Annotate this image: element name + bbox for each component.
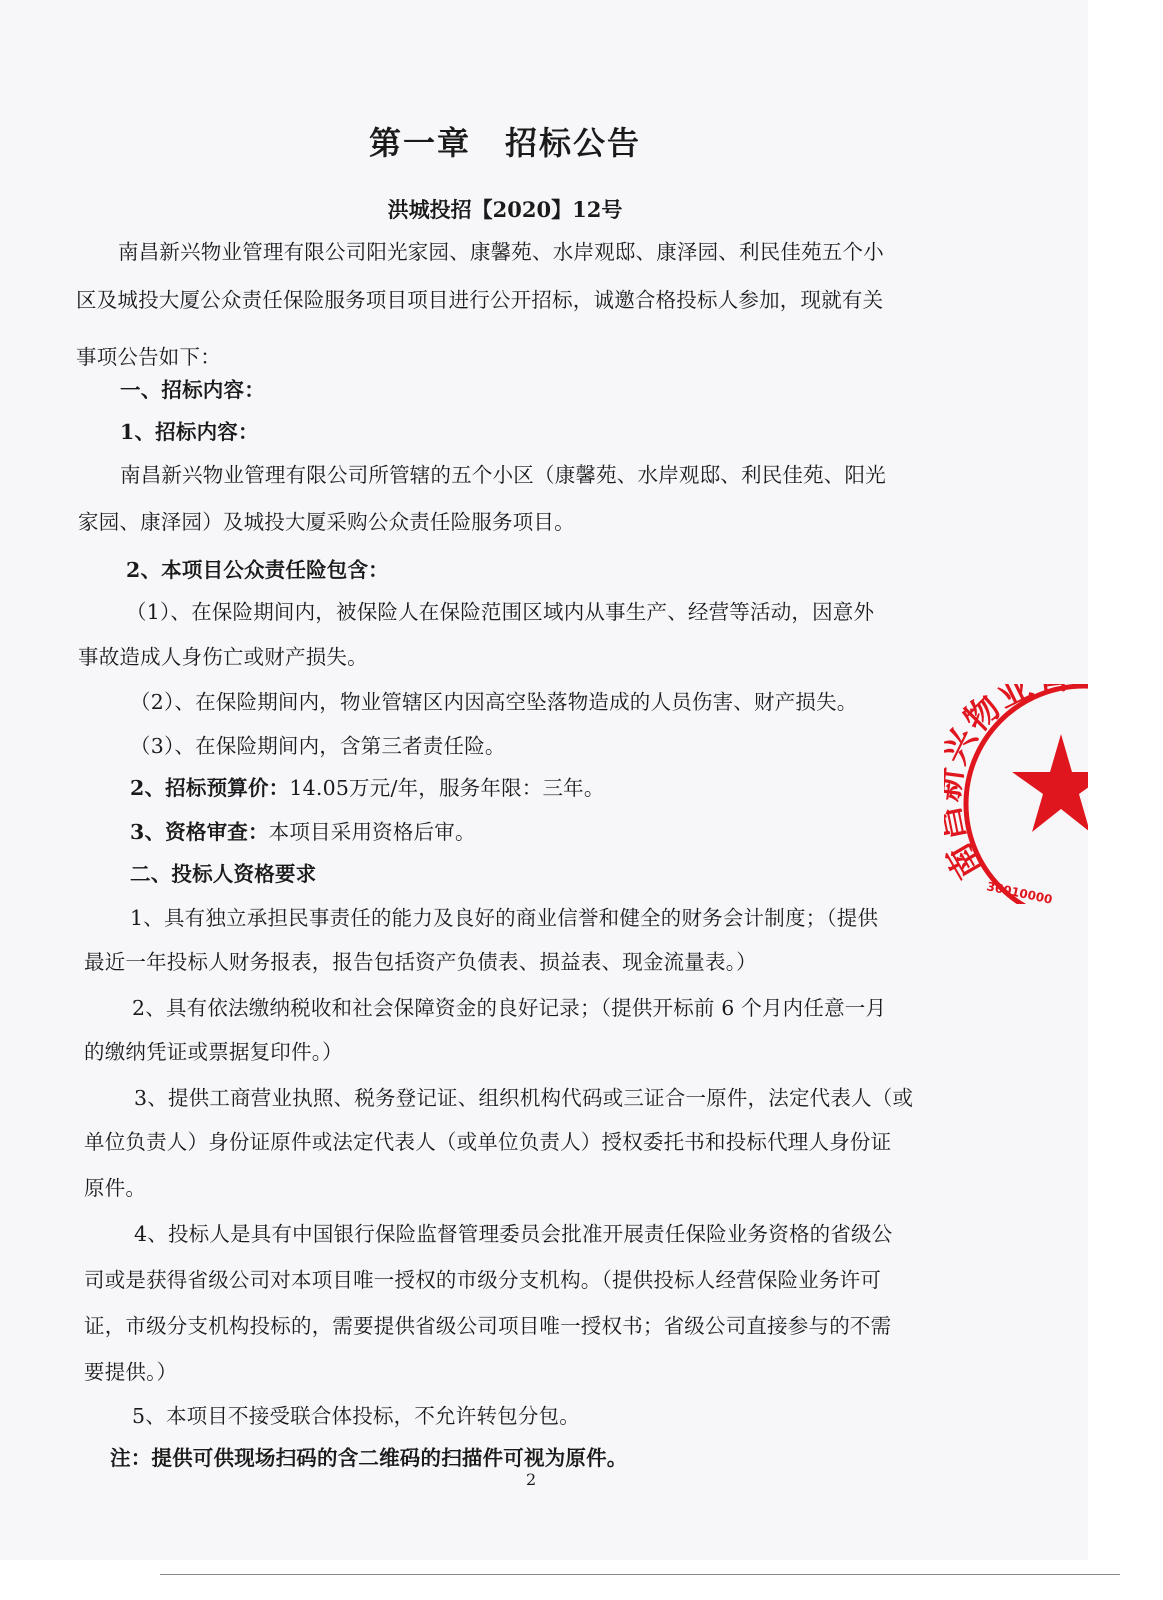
budget-line: 2、招标预算价：14.05万元/年，服务年限：三年。	[130, 776, 605, 800]
req-line-5: 3、提供工商营业执照、税务登记证、组织机构代码或三证合一原件，法定代表人（或	[134, 1086, 913, 1110]
req-line-8: 4、投标人是具有中国银行保险监督管理委员会批准开展责任保险业务资格的省级公	[134, 1222, 892, 1246]
item-2-heading: 2、本项目公众责任险包含：	[126, 558, 389, 582]
section-1-heading: 一、招标内容：	[120, 378, 265, 402]
coverage-line-4: （3）、在保险期间内，含第三者责任险。	[130, 734, 506, 758]
item-1-text-line-1: 南昌新兴物业管理有限公司所管辖的五个小区（康馨苑、水岸观邸、利民佳苑、阳光	[120, 463, 886, 487]
coverage-line-1: （1）、在保险期间内，被保险人在保险范围区域内从事生产、经营等活动，因意外	[126, 600, 874, 624]
req-line-4: 的缴纳凭证或票据复印件。）	[84, 1040, 343, 1064]
scanned-page: 第一章 招标公告 洪城投招【2020】12号 南昌新兴物业管理有限公司阳光家园、…	[0, 0, 1088, 1560]
budget-label: 2、招标预算价：	[130, 776, 289, 800]
document-number: 洪城投招【2020】12号	[0, 194, 1010, 224]
req-line-7: 原件。	[84, 1176, 146, 1200]
review-line: 3、资格审查：本项目采用资格后审。	[130, 820, 476, 844]
page-number: 2	[526, 1470, 536, 1489]
intro-line-1: 南昌新兴物业管理有限公司阳光家园、康馨苑、水岸观邸、康泽园、利民佳苑五个小	[118, 240, 884, 264]
req-line-10: 证，市级分支机构投标的，需要提供省级公司项目唯一授权书；省级公司直接参与的不需	[84, 1314, 891, 1338]
coverage-line-2: 事故造成人身伤亡或财产损失。	[78, 645, 368, 669]
section-2-heading: 二、投标人资格要求	[130, 862, 316, 886]
coverage-line-3: （2）、在保险期间内，物业管辖区内因高空坠落物造成的人员伤害、财产损失。	[130, 690, 858, 714]
star-icon	[1012, 734, 1088, 832]
req-line-9: 司或是获得省级公司对本项目唯一授权的市级分支机构。（提供投标人经营保险业务许可	[84, 1268, 881, 1292]
page-title: 第一章 招标公告	[0, 118, 1010, 164]
req-line-2: 最近一年投标人财务报表，报告包括资产负债表、损益表、现金流量表。）	[84, 950, 757, 974]
req-line-1: 1、具有独立承担民事责任的能力及良好的商业信誉和健全的财务会计制度；（提供	[130, 906, 878, 930]
req-line-11: 要提供。）	[84, 1360, 177, 1384]
budget-value: 14.05万元/年，服务年限：三年。	[289, 776, 604, 800]
page-edge	[160, 1574, 1120, 1575]
item-1-heading: 1、招标内容：	[120, 420, 259, 444]
intro-line-2: 区及城投大厦公众责任保险服务项目项目进行公开招标，诚邀合格投标人参加，现就有关	[76, 288, 883, 312]
note-line: 注：提供可供现场扫码的含二维码的扫描件可视为原件。	[110, 1446, 628, 1470]
intro-line-3: 事项公告如下：	[76, 345, 221, 369]
item-1-text-line-2: 家园、康泽园）及城投大厦采购公众责任险服务项目。	[78, 510, 575, 534]
req-line-12: 5、本项目不接受联合体投标，不允许转包分包。	[132, 1404, 580, 1428]
req-line-6: 单位负责人）身份证原件或法定代表人（或单位负责人）授权委托书和投标代理人身份证	[84, 1130, 891, 1154]
review-value: 本项目采用资格后审。	[269, 820, 476, 844]
company-seal: 南昌新兴物业管 36010000	[944, 684, 1088, 904]
req-line-3: 2、具有依法缴纳税收和社会保障资金的良好记录；（提供开标前 6 个月内任意一月	[132, 996, 886, 1020]
review-label: 3、资格审查：	[130, 820, 269, 844]
